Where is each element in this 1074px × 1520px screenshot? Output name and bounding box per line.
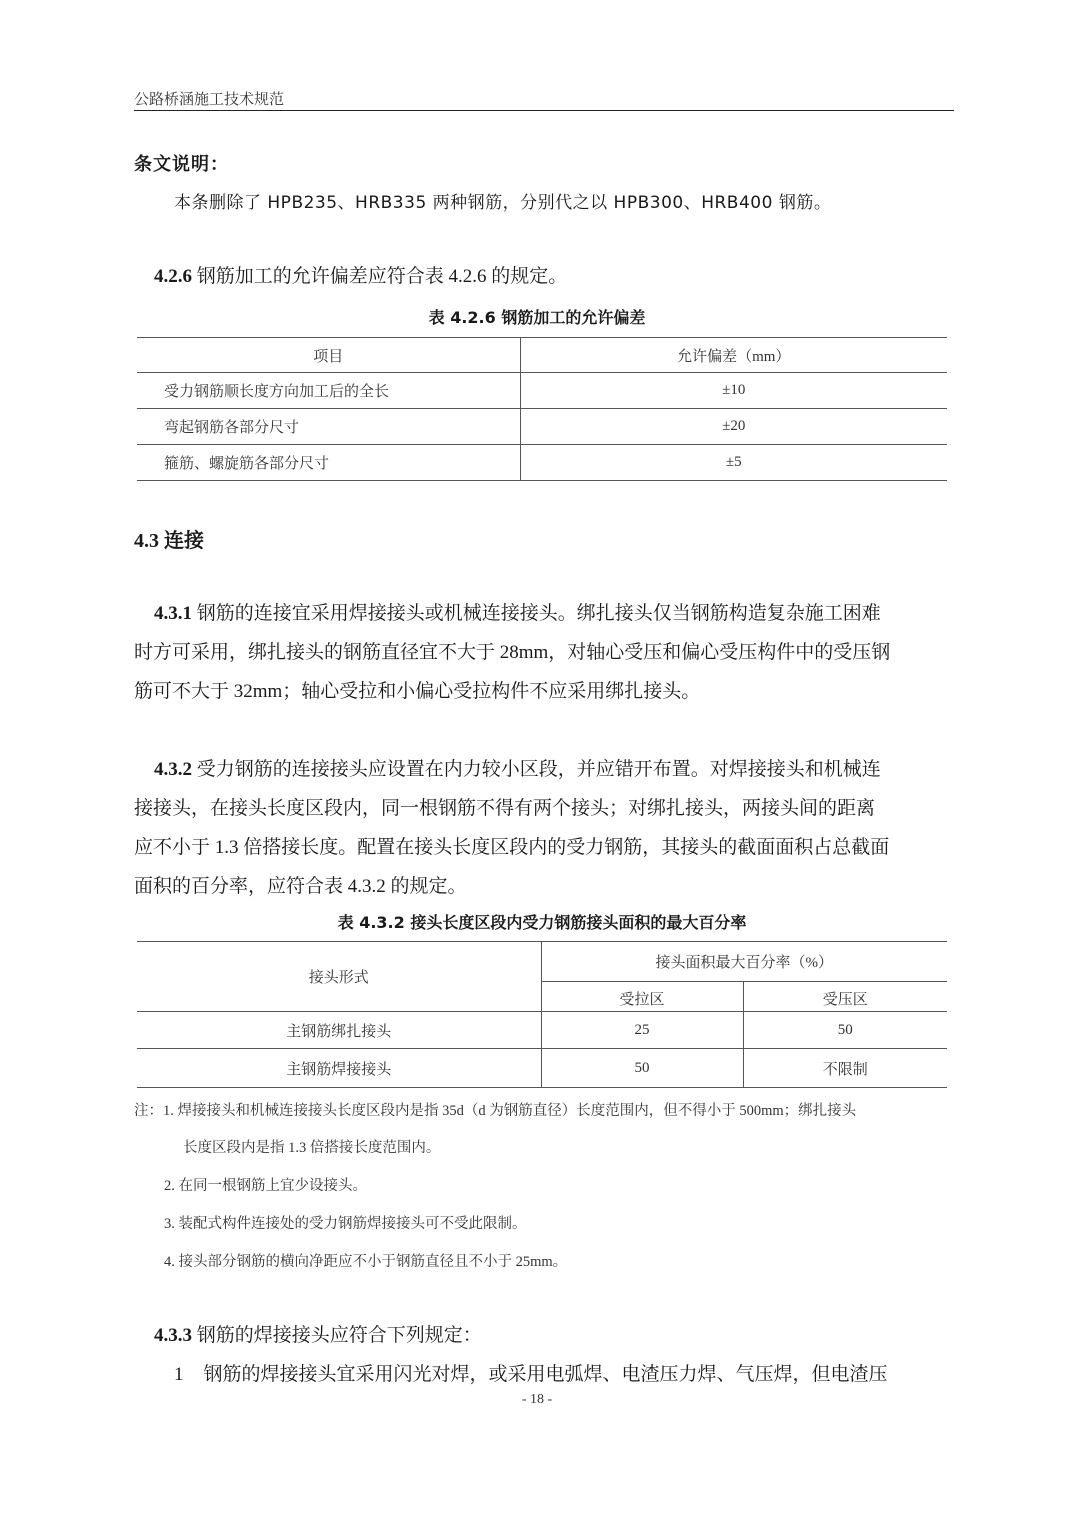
joint-type-cell: 主钢筋绑扎接头 [137,1012,541,1049]
header-cell-group: 接头面积最大百分率（%） [541,942,947,982]
table-note-3: 3. 装配式构件连接处的受力钢筋焊接接头可不受此限制。 [164,1212,527,1233]
table-note-1: 注：1. 焊接接头和机械连接接头长度区段内是指 35d（d 为钢筋直径）长度范围… [134,1099,856,1120]
tolerance-cell: ±10 [520,373,947,409]
tension-value-cell: 25 [541,1012,743,1049]
compression-value-cell: 50 [743,1012,947,1049]
table-row: 弯起钢筋各部分尺寸 ±20 [137,409,947,445]
clause-text: 钢筋的连接宜采用焊接接头或机械连接接头。绑扎接头仅当钢筋构造复杂施工困难 [192,603,881,624]
tension-value-cell: 50 [541,1049,743,1088]
table-row: 箍筋、螺旋筋各部分尺寸 ±5 [137,445,947,481]
table-row: 主钢筋焊接接头 50 不限制 [137,1049,947,1088]
clause-number: 4.3.2 [154,759,192,780]
header-cell: 允许偏差（mm） [520,338,947,373]
section-heading-4-3: 4.3 连接 [134,524,204,553]
table-4-2-6: 项目 允许偏差（mm） 受力钢筋顺长度方向加工后的全长 ±10 弯起钢筋各部分尺… [137,337,947,481]
clause-4-3-2-line-1: 4.3.2 受力钢筋的连接接头应设置在内力较小区段，并应错开布置。对焊接接头和机… [154,750,881,789]
clause-4-3-1-line-1: 4.3.1 钢筋的连接宜采用焊接接头或机械连接接头。绑扎接头仅当钢筋构造复杂施工… [154,594,881,633]
clause-4-3-2-line-2: 接接头，在接头长度区段内，同一根钢筋不得有两个接头；对绑扎接头，两接头间的距离 [134,789,875,828]
item-cell: 弯起钢筋各部分尺寸 [137,409,520,445]
clause-4-3-1-line-2: 时方可采用，绑扎接头的钢筋直径宜不大于 28mm，对轴心受压和偏心受压构件中的受… [134,633,890,672]
compression-value-cell: 不限制 [743,1049,947,1088]
tolerance-cell: ±20 [520,409,947,445]
commentary-title: 条文说明： [134,150,229,176]
clause-4-3-3: 4.3.3 钢筋的焊接接头应符合下列规定： [154,1316,482,1355]
subheader-compression-zone: 受压区 [743,982,947,1012]
running-header-title: 公路桥涵施工技术规范 [134,88,284,109]
clause-4-2-6: 4.2.6 钢筋加工的允许偏差应符合表 4.2.6 的规定。 [154,257,567,296]
clause-4-3-3-item-1: 1钢筋的焊接接头宜采用闪光对焊，或采用电弧焊、电渣压力焊、气压焊，但电渣压 [174,1355,888,1394]
clause-number: 4.3.3 [154,1325,192,1346]
table-row: 主钢筋绑扎接头 25 50 [137,1012,947,1049]
table-4-2-6-caption: 表 4.2.6 钢筋加工的允许偏差 [0,305,1074,328]
table-header-row: 项目 允许偏差（mm） [137,338,947,373]
table-note-1-cont: 长度区段内是指 1.3 倍搭接长度范围内。 [183,1136,440,1157]
page-number: - 18 - [0,1392,1074,1408]
item-number: 1 [174,1364,184,1385]
tolerance-cell: ±5 [520,445,947,481]
clause-number: 4.3.1 [154,603,192,624]
table-row: 受力钢筋顺长度方向加工后的全长 ±10 [137,373,947,409]
table-4-3-2: 接头形式 接头面积最大百分率（%） 受拉区 受压区 主钢筋绑扎接头 25 50 … [137,941,947,1088]
commentary-body: 本条删除了 HPB235、HRB335 两种钢筋，分别代之以 HPB300、HR… [174,188,831,213]
table-header-row: 接头形式 接头面积最大百分率（%） [137,942,947,982]
item-text: 钢筋的焊接接头宜采用闪光对焊，或采用电弧焊、电渣压力焊、气压焊，但电渣压 [204,1364,888,1385]
table-note-4: 4. 接头部分钢筋的横向净距应不小于钢筋直径且不小于 25mm。 [164,1250,567,1271]
item-cell: 受力钢筋顺长度方向加工后的全长 [137,373,520,409]
header-cell-joint-type: 接头形式 [137,942,541,1012]
clause-text: 钢筋加工的允许偏差应符合表 4.2.6 的规定。 [192,266,567,287]
clause-4-3-2-line-3: 应不小于 1.3 倍搭接长度。配置在接头长度区段内的受力钢筋，其接头的截面面积占… [134,828,889,867]
clause-number: 4.2.6 [154,266,192,287]
table-note-2: 2. 在同一根钢筋上宜少设接头。 [164,1174,367,1195]
clause-text: 钢筋的焊接接头应符合下列规定： [192,1325,482,1346]
joint-type-cell: 主钢筋焊接接头 [137,1049,541,1088]
subheader-tension-zone: 受拉区 [541,982,743,1012]
header-rule [134,110,954,111]
clause-text: 受力钢筋的连接接头应设置在内力较小区段，并应错开布置。对焊接接头和机械连 [192,759,881,780]
clause-4-3-2-line-4: 面积的百分率，应符合表 4.3.2 的规定。 [134,867,467,906]
clause-4-3-1-line-3: 筋可不大于 32mm；轴心受拉和小偏心受拉构件不应采用绑扎接头。 [134,672,700,711]
item-cell: 箍筋、螺旋筋各部分尺寸 [137,445,520,481]
table-4-3-2-caption: 表 4.3.2 接头长度区段内受力钢筋接头面积的最大百分率 [0,910,1074,933]
header-cell: 项目 [137,338,520,373]
